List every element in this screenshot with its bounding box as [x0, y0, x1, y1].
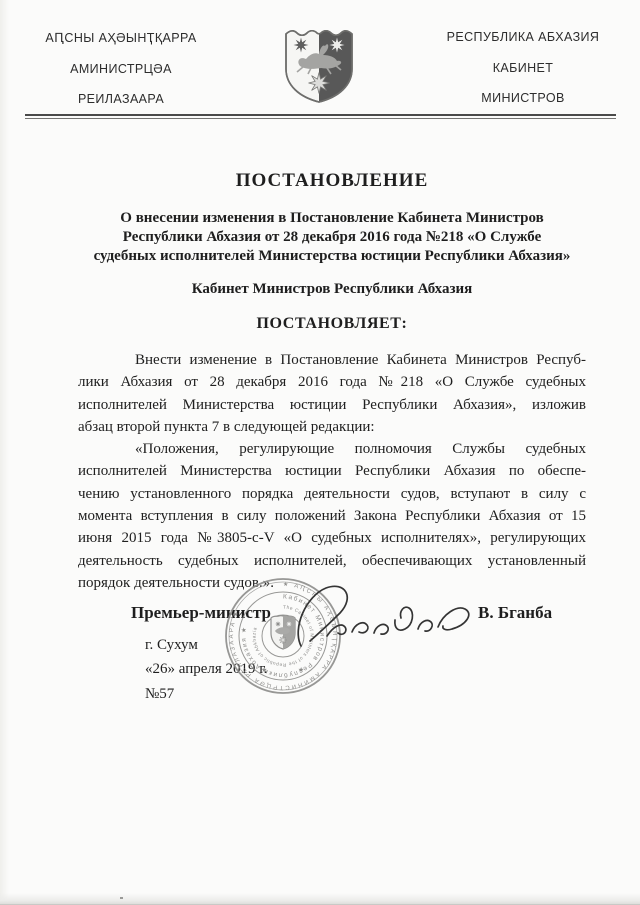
coat-of-arms-icon — [281, 26, 357, 106]
subject-line: Республики Абхазия от 28 декабря 2016 го… — [24, 228, 640, 247]
body-line: деятельность судебных исполнителей, обес… — [78, 550, 586, 572]
body-line: лики Абхазия от 28 декабря 2016 года №21… — [78, 371, 586, 393]
stamp-star-left: ★ — [261, 666, 267, 674]
header-line: РЕИЛАЗААРА — [26, 92, 216, 106]
stamp-shield-icon — [271, 616, 295, 649]
header-abkhaz-name: АԤСНЫ АҲӘЫНҬҚАРРААМИНИСТРЦӘАРЕИЛАЗААРА — [26, 30, 216, 123]
issuer-line: Кабинет Министров Республики Абхазия — [24, 281, 640, 298]
star-right-icon — [330, 38, 345, 53]
header-line: КАБИНЕТ — [428, 61, 618, 75]
subject-line: О внесении изменения в Постановление Каб… — [24, 209, 640, 228]
body-paragraph-2: «Положения, регулирующие полномочия Служ… — [78, 438, 586, 594]
decree-title: ПОСТАНОВЛЕНИЕ — [24, 170, 640, 192]
header-divider — [25, 114, 616, 119]
body-paragraph-1: Внести изменение в Постановление Кабинет… — [78, 349, 586, 438]
resolution-word: ПОСТАНОВЛЯЕТ: — [24, 315, 640, 333]
scan-artifact — [120, 897, 123, 899]
header-line: АԤСНЫ АҲӘЫНҬҚАРРА — [26, 30, 216, 45]
body-line: момента вступления в силу положений Зако… — [78, 505, 586, 527]
header-line: РЕСПУБЛИКА АБХАЗИЯ — [428, 30, 618, 44]
subject-line: судебных исполнителей Министерства юстиц… — [24, 247, 640, 266]
body-line: исполнителей Министерства юстиции Респуб… — [78, 394, 586, 416]
body-line: исполнителей Министерства юстиции Респуб… — [78, 460, 586, 482]
signature-city: г. Сухум — [145, 637, 198, 654]
signature-name: В. Бганба — [478, 603, 552, 623]
star-bottom-icon — [309, 73, 330, 94]
header-line: АМИНИСТРЦӘА — [26, 62, 216, 76]
body-line: июня 2015 года №3805-с-V «О судебных исп… — [78, 527, 586, 549]
body-line: чению установленного порядка деятельност… — [78, 483, 586, 505]
star-left-icon — [294, 38, 309, 53]
body-line: Внести изменение в Постановление Кабинет… — [78, 349, 586, 371]
scan-edge-bottom — [0, 893, 640, 905]
header-line: МИНИСТРОВ — [428, 91, 618, 105]
header-russian-name: РЕСПУБЛИКА АБХАЗИЯКАБИНЕТМИНИСТРОВ — [428, 30, 618, 122]
body-line: абзац второй пункта 7 в следующей редакц… — [78, 416, 586, 438]
body-line: «Положения, регулирующие полномочия Служ… — [78, 438, 586, 460]
scan-edge-left — [0, 0, 9, 905]
decree-body: Внести изменение в Постановление Кабинет… — [78, 349, 586, 594]
decree-document-page: АԤСНЫ АҲӘЫНҬҚАРРААМИНИСТРЦӘАРЕИЛАЗААРА Р… — [0, 0, 640, 905]
handwritten-signature-icon — [295, 584, 480, 656]
stamp-star-right: ★ — [298, 666, 304, 674]
signature-number: №57 — [145, 686, 174, 703]
decree-subject: О внесении изменения в Постановление Каб… — [24, 209, 640, 266]
